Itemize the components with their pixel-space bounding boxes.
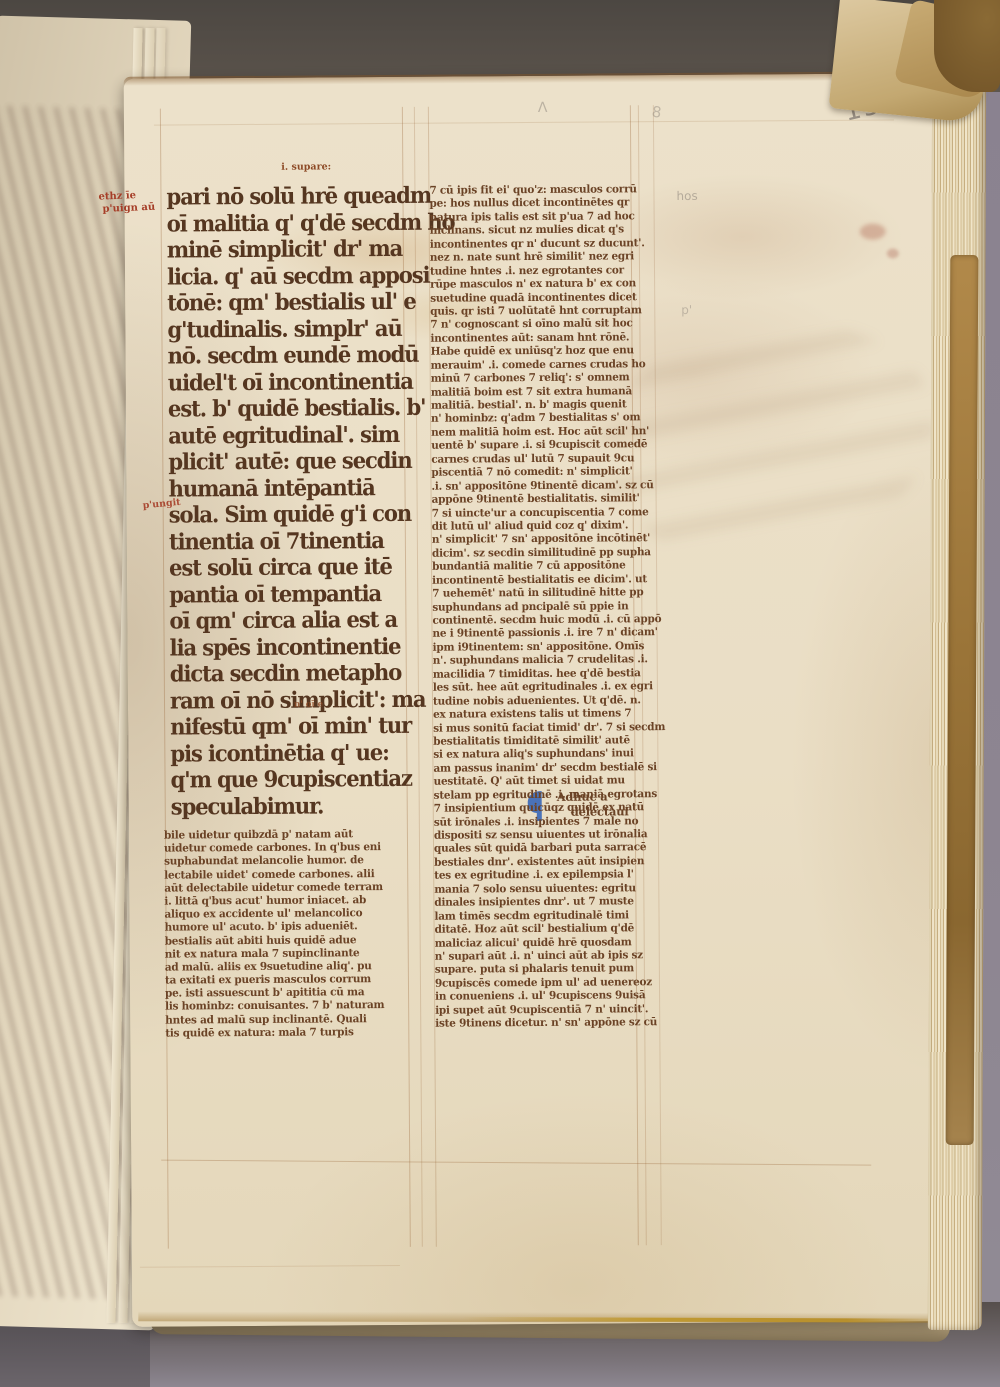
text-line: est solū circa que itē — [169, 554, 421, 582]
text-line: pis icontinētia q' ue: — [170, 739, 422, 767]
text-line: tinentia oī 7tinentia — [169, 527, 421, 555]
text-line: ditatē. Hoz aūt scil' bestialium q'dē — [435, 921, 664, 936]
text-line: q'm que 9cupiscentiaz — [170, 766, 422, 794]
text-line: speculabimur. — [171, 792, 423, 820]
text-line: lia spēs incontinentie — [170, 633, 422, 661]
text-line: piscentiā 7 nō comedit: n' simplicit' — [431, 464, 660, 479]
text-line: Habe quidē ex uniūsq'z hoz que enu — [431, 343, 660, 358]
ruling-line — [154, 119, 894, 125]
text-line: 7 uehemēt' natū in silitudinē hitte pp — [432, 585, 661, 600]
text-line: pari nō solū hrē queadm — [166, 183, 418, 211]
text-line: rūpe masculos n' ex natura b' ex con — [430, 276, 659, 291]
text-line: minū 7 carbones 7 reliq': s' omnem — [431, 370, 660, 385]
text-line: ne i 9tinentē passionis .i. ire 7 n' dic… — [432, 626, 661, 641]
text-line: sola. Sim quidē g'i con — [169, 501, 421, 529]
gutter-red-note-line1: ethz īe — [98, 190, 136, 203]
interlinear-gloss: i. supare: — [281, 161, 331, 172]
ruling-line — [140, 1265, 400, 1268]
text-line: am passus inanim' dr' secdm bestialē si — [433, 760, 662, 775]
text-line: dicta secdin metapho — [170, 660, 422, 688]
text-line: n' simplicit' 7 sn' appositōne incōtinēt… — [432, 531, 661, 546]
text-line: uidel't oī incontinentia — [168, 368, 420, 396]
pencil-numeral: 8 — [651, 103, 663, 122]
text-line: pe: hos nullus dicet incontinētes qr — [429, 196, 658, 211]
rust-stain — [887, 248, 899, 258]
text-line: pantia oī tempantia — [169, 580, 421, 608]
text-line: ex natura existens talis ut timens 7 — [433, 706, 662, 721]
parchment-tab — [946, 255, 979, 1145]
text-line: si ex natura aliq's suphundans' inui — [433, 746, 662, 761]
text-line: tis quidē ex natura: mala 7 turpis — [165, 1025, 433, 1040]
text-line: dinales insipientes dnr'. ut 7 muste — [434, 894, 663, 909]
rust-stain — [860, 224, 886, 240]
text-line: dicim'. sz secdin similitudinē pp supha — [432, 545, 661, 560]
text-line: est. b' quidē bestialis. b' — [168, 395, 420, 423]
ruling-line — [161, 1160, 871, 1166]
text-line: n' hominbz: q'adm 7 bestialitas s' om — [431, 411, 660, 426]
text-line: humanā intēpantiā — [168, 474, 420, 502]
text-line: tes ex egritudine .i. ex epilempsia l' — [434, 867, 663, 882]
pencil-caret: Λ — [538, 100, 548, 116]
text-line: 7 n' cognoscant si oīno malū sit hoc — [430, 316, 659, 331]
column1-large-text: pari nō solū hrē queadmoī malitia q' q'd… — [166, 183, 422, 821]
text-line: natura ipis talis est sit p'ua 7 ad hoc — [430, 209, 659, 224]
text-line: plicit' autē: que secdin — [168, 448, 420, 476]
text-line: 7 insipientium quicūqz quidē ex natū — [434, 800, 663, 815]
text-line: nez n. nate sunt hrē similit' nez egri — [430, 249, 659, 264]
text-line: uentē b' supare .i. si 9cupiscit comedē — [431, 437, 660, 452]
text-line: nifestū qm' oī min' tur — [170, 713, 422, 741]
text-line: nō. secdm eundē modū — [168, 342, 420, 370]
text-line: oī qm' circa alia est a — [169, 607, 421, 635]
pencil-mark: p' — [681, 303, 692, 317]
pencil-note: hos — [676, 189, 697, 203]
text-line: minē simplicit' dr' ma — [167, 236, 419, 264]
text-line: tōnē: qm' bestialis ul' e — [167, 289, 419, 317]
text-line: oī malitia q' q'dē secdm ho — [167, 209, 419, 237]
text-line: n'. suphundans malicia 7 crudelitas .i. — [433, 652, 662, 667]
text-line: iste 9tinens dicetur. n' sn' appōne sz c… — [435, 1015, 664, 1030]
cover-corner — [934, 0, 1000, 92]
text-line: appōne 9tinentē bestialitatis. similit' — [432, 491, 661, 506]
recto-page: pari nō solū hrē queadmoī malitia q' q'd… — [124, 73, 945, 1327]
gutter-red-note-line2: p'uign aū — [102, 202, 155, 215]
text-line: les sūt. hee aūt egritudinales .i. ex eg… — [433, 679, 662, 694]
interlinear-gloss: n' oī e — [294, 699, 323, 709]
text-line: quales sūt quidā barbari puta sarracē — [434, 841, 663, 856]
text-line: supare. puta si phalaris tenuit pum — [435, 961, 664, 976]
text-line: autē egritudinal'. sim — [168, 421, 420, 449]
text-line: licia. q' aū secdm apposi — [167, 262, 419, 290]
manuscript-photograph: pari nō solū hrē queadmoī malitia q' q'd… — [0, 0, 1000, 1387]
text-line: in conueniens .i. ul' 9cupiscens 9uisā — [435, 988, 664, 1003]
text-line: g'tudinalis. simplr' aū — [167, 315, 419, 343]
column1-small-text: bile uidetur quibzdā p' natam aūtuidetur… — [164, 827, 433, 1040]
column2-small-text: 7 cū ipis fit ei' quo'z: masculos corrūp… — [429, 182, 664, 1030]
